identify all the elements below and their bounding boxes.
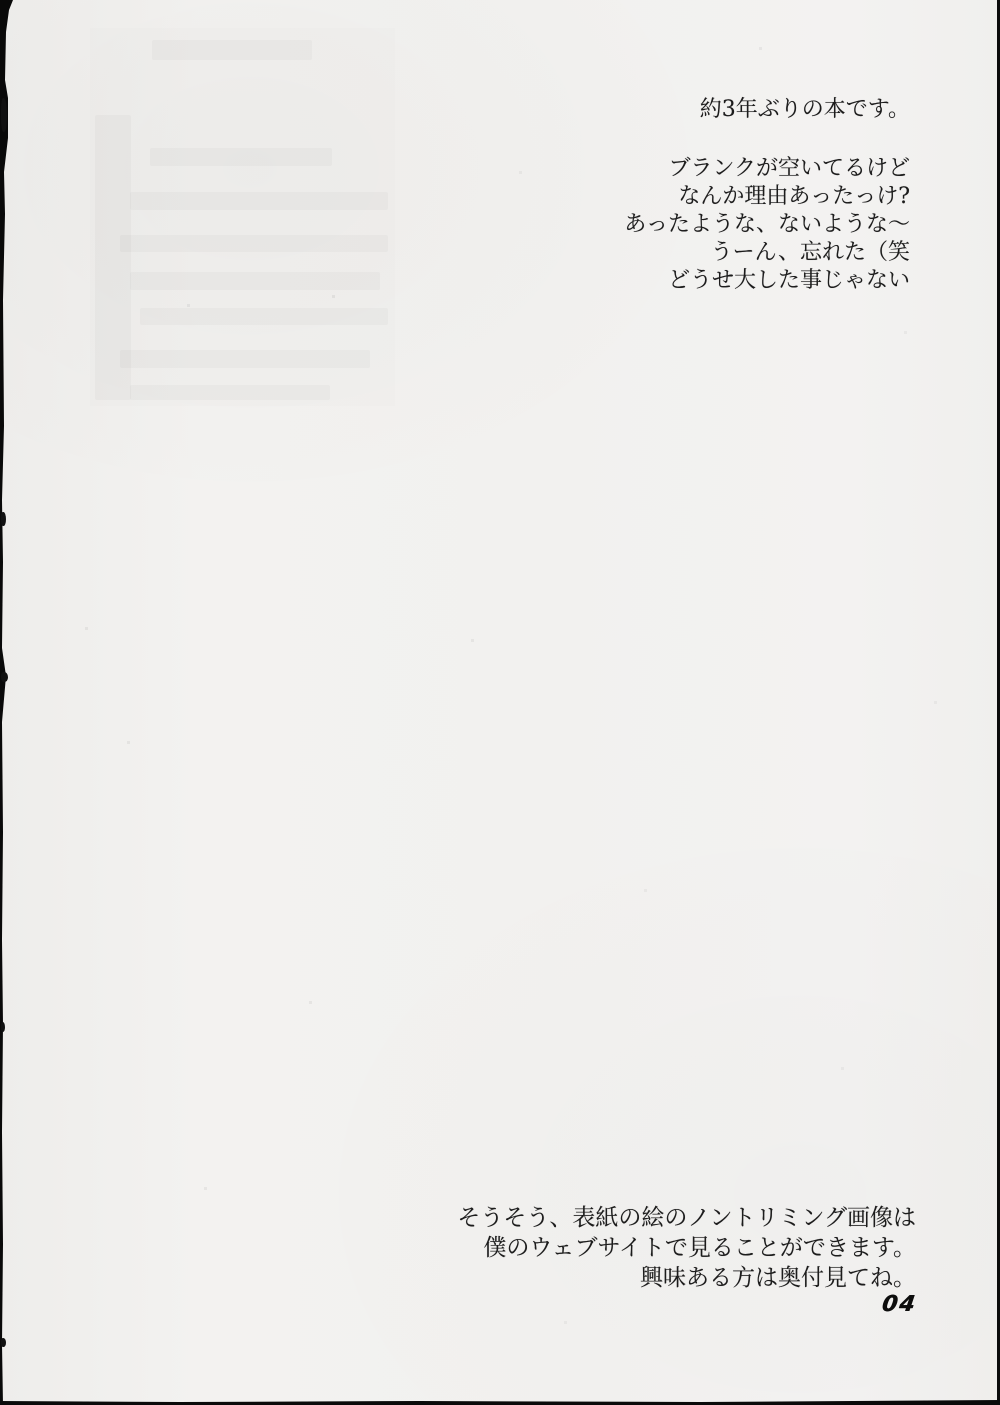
bleedthrough-mark <box>120 350 370 368</box>
top-note-line: どうせ大した事じゃない <box>624 267 910 295</box>
top-note-line: あったような、ないような～ <box>624 211 910 239</box>
bleedthrough-mark <box>152 40 312 60</box>
bleedthrough-mark <box>150 148 332 166</box>
scanned-page: 約3年ぶりの本です。 ブランクが空いてるけど なんか理由あったっけ? あったよう… <box>0 0 1000 1405</box>
bleedthrough-mark <box>130 272 380 290</box>
bottom-note-line: そうそう、表紙の絵のノントリミング画像は <box>457 1203 916 1233</box>
scan-edge-blob <box>1 512 6 526</box>
scan-edge-blob <box>1 1022 5 1032</box>
bottom-note: そうそう、表紙の絵のノントリミング画像は 僕のウェブサイトで見ることができます。… <box>457 1203 916 1293</box>
bleedthrough-mark <box>140 308 388 325</box>
bottom-note-line: 僕のウェブサイトで見ることができます。 <box>457 1233 916 1263</box>
bleedthrough-mark <box>130 385 330 400</box>
top-note: ブランクが空いてるけど なんか理由あったっけ? あったような、ないような～ うー… <box>624 155 910 295</box>
top-note-line: うーん、忘れた（笑 <box>624 239 910 267</box>
bottom-note-line: 興味ある方は奥付見てね。 <box>457 1263 916 1293</box>
scan-edge-blob <box>1 98 7 132</box>
page-number: 04 <box>881 1292 919 1317</box>
scan-edge-bottom <box>0 1400 1000 1405</box>
bleedthrough-mark <box>130 192 388 210</box>
scan-edge-blob <box>1 1338 6 1347</box>
scan-edge-left <box>0 0 14 1405</box>
top-note-line: ブランクが空いてるけど <box>624 155 910 183</box>
top-note-line: なんか理由あったっけ? <box>624 183 910 211</box>
bleedthrough-mark <box>120 235 388 252</box>
top-note-intro: 約3年ぶりの本です。 <box>700 96 910 124</box>
scan-edge-blob <box>1 672 8 682</box>
